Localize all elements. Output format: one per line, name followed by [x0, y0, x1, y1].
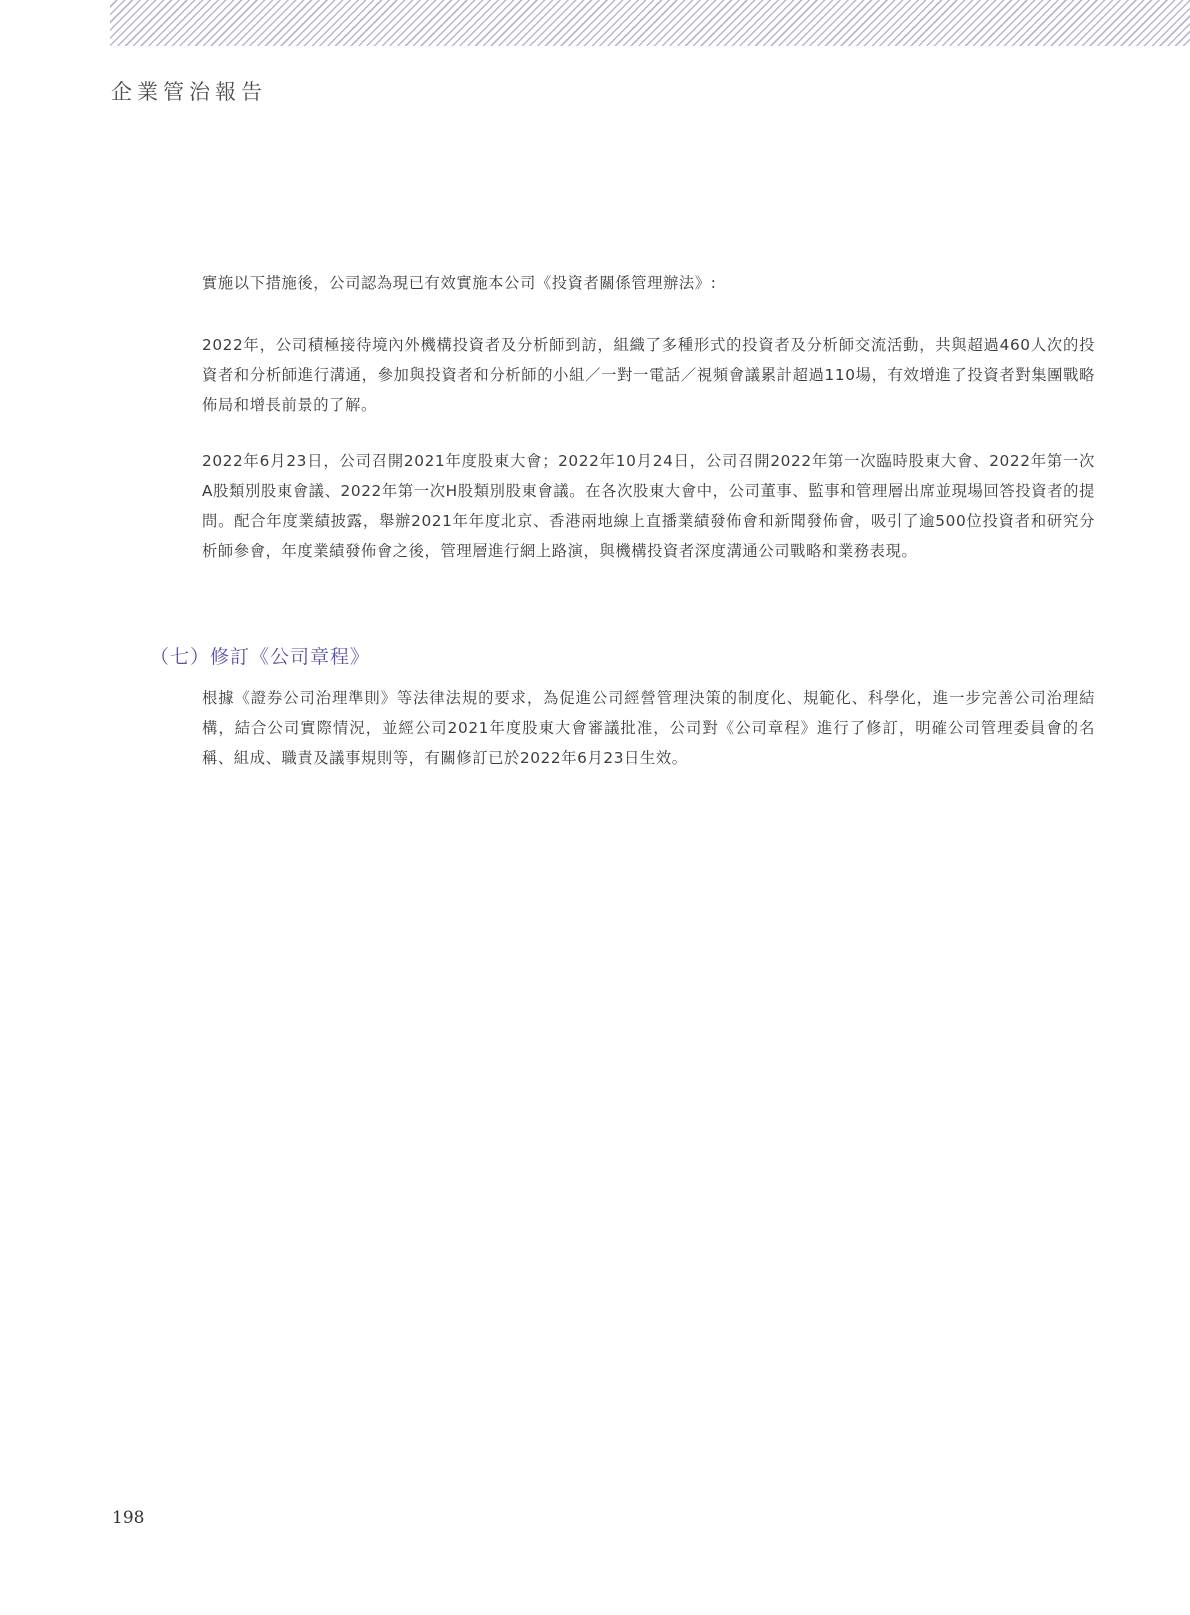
paragraph-investor-activities: 2022年，公司積極接待境內外機構投資者及分析師到訪，組織了多種形式的投資者及分…	[202, 330, 1095, 420]
running-header-title: 企業管治報告	[111, 76, 267, 106]
section-body: 根據《證券公司治理準則》等法律法規的要求，為促進公司經營管理決策的制度化、規範化…	[202, 683, 1095, 799]
section-heading-articles-amendment: （七）修訂《公司章程》	[150, 642, 370, 669]
paragraph-articles-amendment: 根據《證券公司治理準則》等法律法規的要求，為促進公司經營管理決策的制度化、規範化…	[202, 683, 1095, 773]
decorative-hatch-band	[110, 0, 1190, 46]
body-content: 實施以下措施後，公司認為現已有效實施本公司《投資者關係管理辦法》: 2022年，…	[202, 268, 1095, 592]
paragraph-shareholder-meetings: 2022年6月23日，公司召開2021年度股東大會；2022年10月24日，公司…	[202, 446, 1095, 566]
page-number: 198	[112, 1508, 144, 1528]
paragraph-intro: 實施以下措施後，公司認為現已有效實施本公司《投資者關係管理辦法》:	[202, 268, 1095, 298]
